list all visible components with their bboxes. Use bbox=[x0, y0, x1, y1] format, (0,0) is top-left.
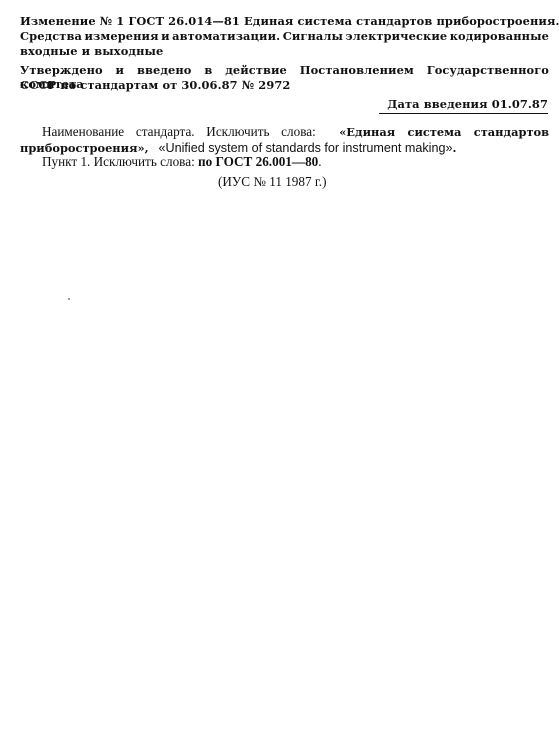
word: Сигналы bbox=[283, 29, 343, 43]
change-title-text: Изменение № 1 ГОСТ 26.014—81 Единая сист… bbox=[20, 14, 549, 28]
para2-gost-ref: по ГОСТ 26.001—80 bbox=[198, 154, 318, 169]
word: электрические bbox=[346, 29, 448, 43]
scan-speck bbox=[68, 298, 70, 300]
para1-quote1-end: приборостроения», bbox=[20, 141, 149, 155]
source-reference: (ИУС № 11 1987 г.) bbox=[218, 174, 327, 190]
effective-date-value: 01.07.87 bbox=[492, 97, 548, 111]
para1-end: . bbox=[453, 141, 457, 155]
para2-end: . bbox=[318, 154, 321, 169]
para2-lead: Пункт 1. Исключить слова: bbox=[42, 154, 195, 169]
word: Средства bbox=[20, 29, 82, 43]
effective-date-label: Дата введения bbox=[387, 97, 487, 111]
effective-date: Дата введения 01.07.87 bbox=[379, 97, 548, 114]
word: и bbox=[161, 29, 170, 43]
change-title-line-2: Средства измерения и автоматизации. Сигн… bbox=[20, 29, 549, 43]
word: кодированные bbox=[450, 29, 549, 43]
word: автоматизации. bbox=[172, 29, 280, 43]
para1-quote1-start: «Единая система стандартов bbox=[339, 125, 549, 139]
para1-lead: Наименование стандарта. Исключить слова: bbox=[42, 124, 316, 139]
paragraph-1: Наименование стандарта. Исключить слова:… bbox=[20, 124, 549, 156]
paragraph-2: Пункт 1. Исключить слова: по ГОСТ 26.001… bbox=[42, 154, 322, 170]
change-title-line-3: входные и выходные bbox=[20, 44, 163, 58]
approval-line-2: СССР по стандартам от 30.06.87 № 2972 bbox=[20, 78, 290, 92]
change-title-line-1: Изменение № 1 ГОСТ 26.014—81 Единая сист… bbox=[20, 14, 549, 28]
word: измерения bbox=[84, 29, 158, 43]
para1-quote2: «Unified system of standards for instrum… bbox=[159, 141, 453, 155]
